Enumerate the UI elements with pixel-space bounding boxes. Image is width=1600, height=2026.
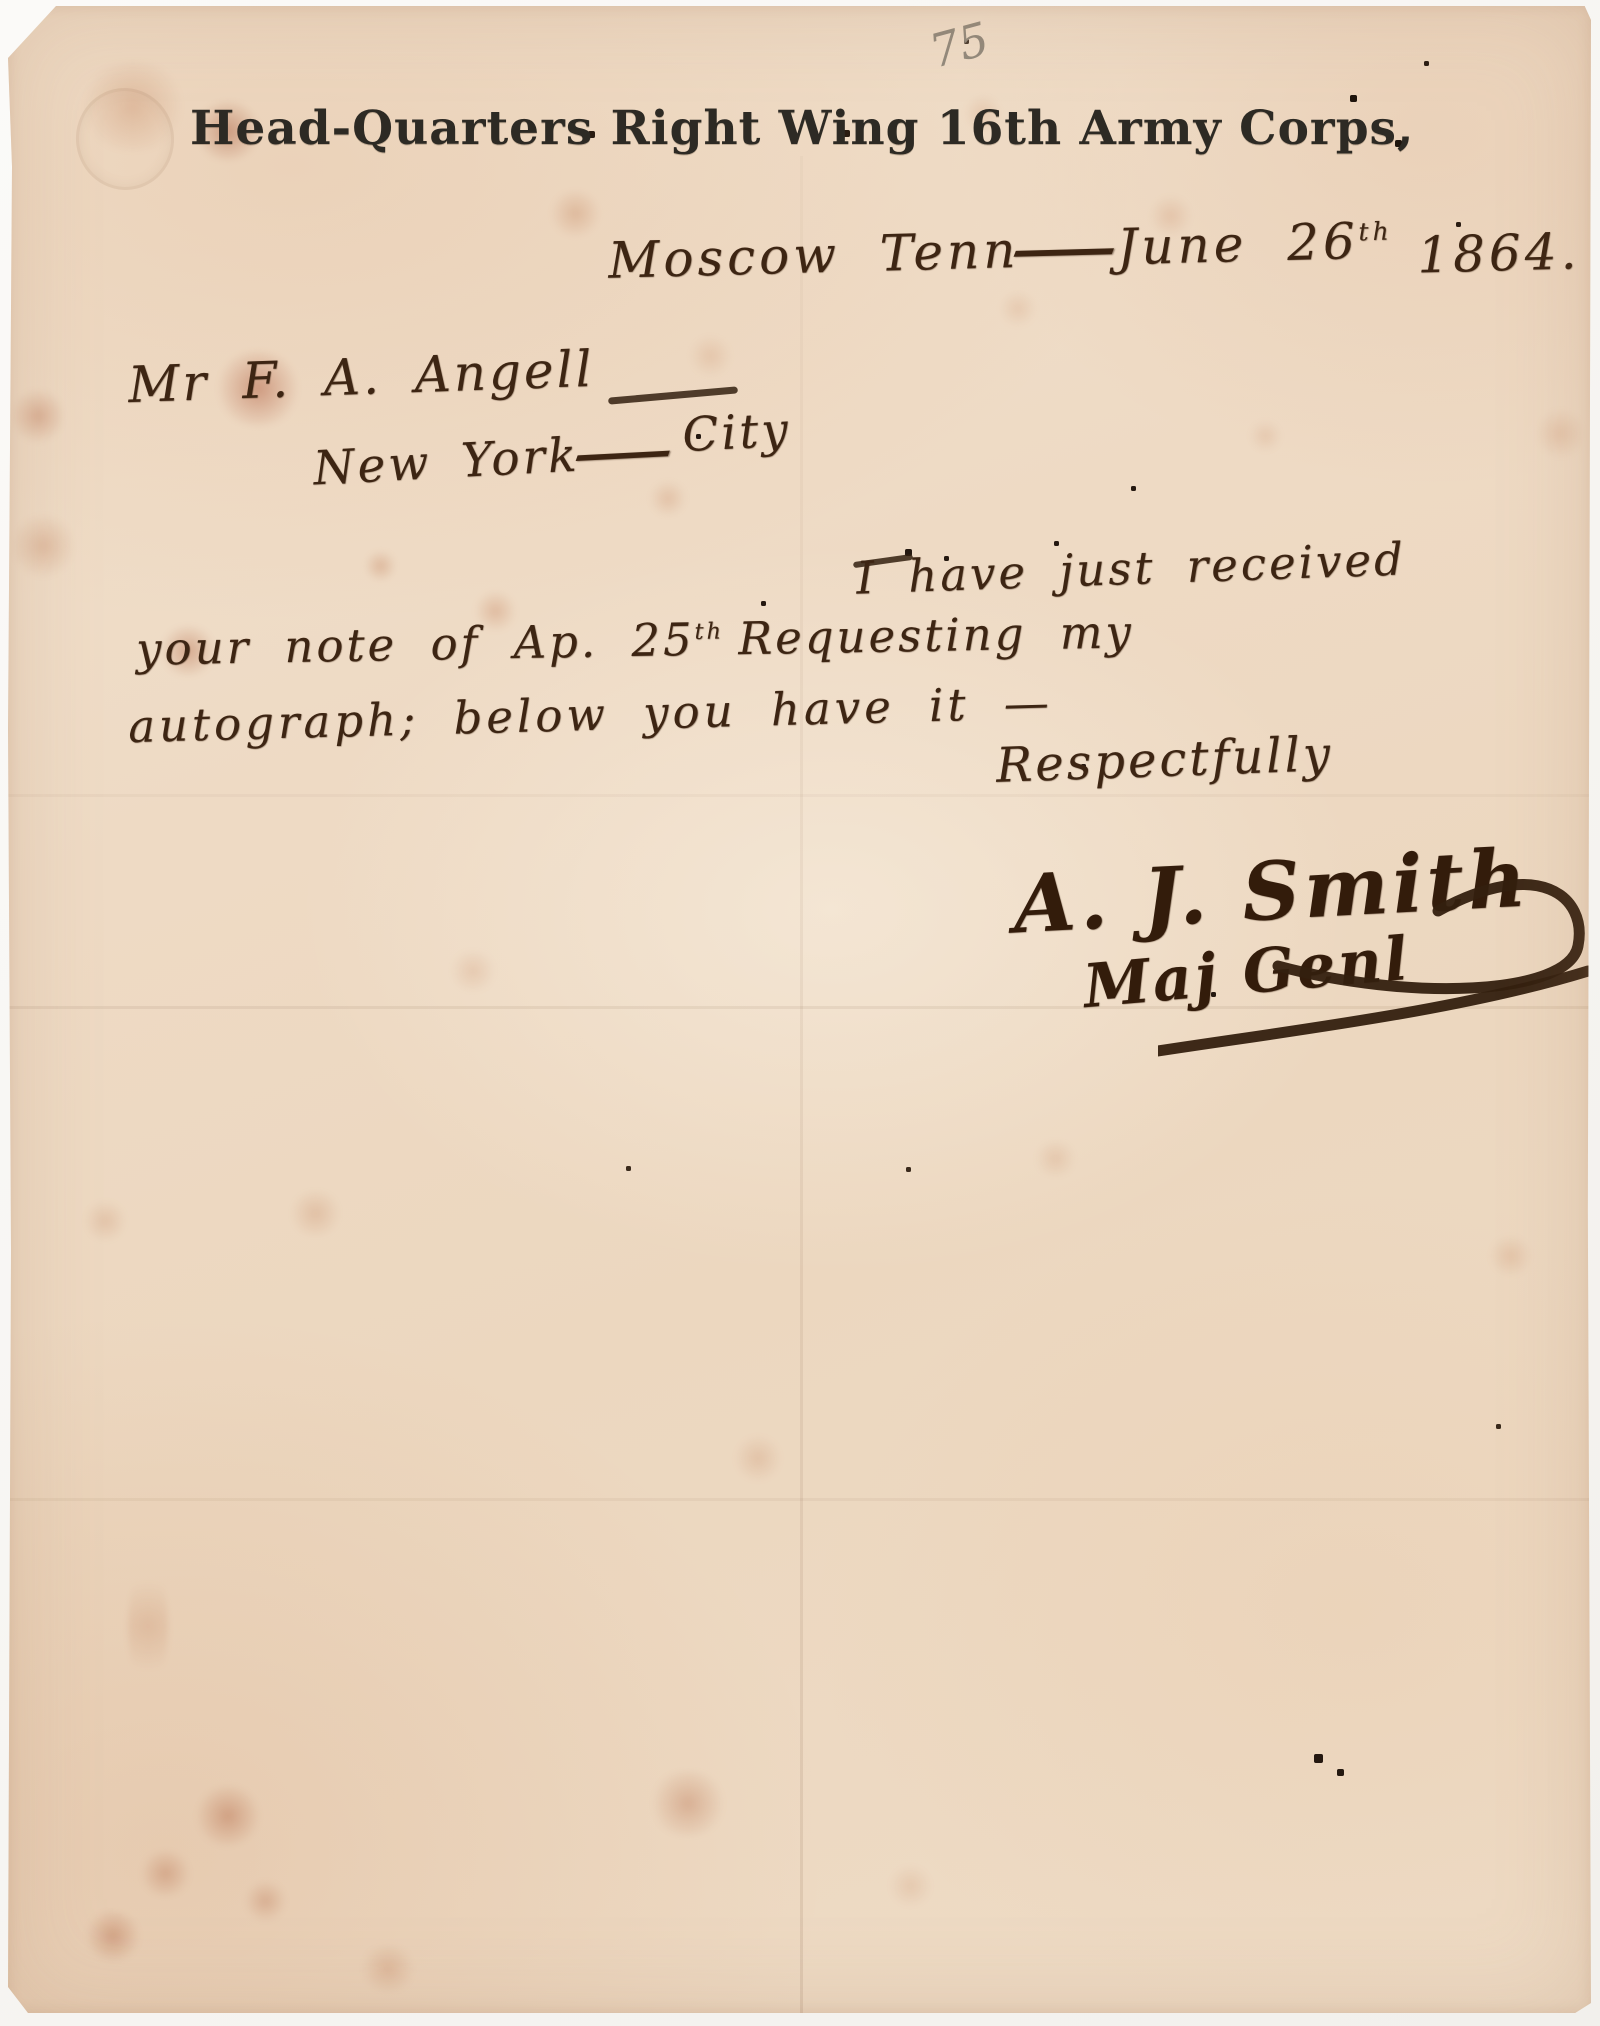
- dateline-day-suffix: th: [1358, 217, 1393, 247]
- stain-spot: [288, 1191, 343, 1236]
- letter-page: 75 Head-Quarters Right Wing 16th Army Co…: [8, 6, 1591, 2013]
- stain-spot: [13, 386, 63, 446]
- fold-line-horizontal: [8, 794, 1591, 797]
- stain-spot: [363, 551, 398, 581]
- stain-spot: [688, 336, 733, 376]
- closing-respectfully: Respectfully: [995, 726, 1334, 794]
- pencil-annotation: 75: [924, 11, 995, 78]
- stain-spot: [1033, 1141, 1078, 1176]
- dateline: Moscow Tenn—June 26th1864.: [607, 205, 1580, 289]
- recipient-address: New York—City: [312, 417, 793, 497]
- stain-spot: [448, 951, 498, 991]
- body-line-1: I have just received: [855, 532, 1406, 604]
- stain-spot: [83, 1911, 143, 1961]
- stain-spot: [128, 1566, 168, 1686]
- body-line-2: your note of Ap. 25thRequesting my: [136, 605, 1135, 675]
- dateline-place: Moscow Tenn: [607, 221, 1020, 290]
- pen-dash: —: [1008, 217, 1128, 279]
- recipient-address-place: New York: [312, 428, 581, 497]
- signature-flourish: [1158, 836, 1598, 1096]
- stain-spot: [358, 1946, 418, 1991]
- fold-line-vertical: [800, 156, 803, 2013]
- stain-spot: [1488, 1236, 1533, 1276]
- stain-spot: [243, 1881, 288, 1921]
- stain-spot: [193, 1786, 263, 1846]
- stain-spot: [548, 191, 603, 236]
- stain-spot: [138, 1851, 193, 1896]
- pen-flourish: [608, 386, 738, 404]
- fold-line-horizontal: [8, 1498, 1591, 1501]
- body-line-3: autograph; below you have it —: [127, 676, 1053, 753]
- stain-spot: [1538, 406, 1583, 461]
- letterhead-title: Head-Quarters Right Wing 16th Army Corps…: [190, 101, 1390, 156]
- body-line-2-start: your note of Ap. 25: [136, 613, 695, 676]
- dateline-day: June 26: [1116, 212, 1359, 276]
- stain-spot: [1248, 421, 1283, 451]
- stain-spot: [13, 511, 73, 581]
- stain-spot: [648, 1771, 728, 1836]
- body-line-2-suffix: th: [694, 618, 724, 645]
- recipient-name: Mr F. A. Angell: [127, 340, 595, 414]
- pen-dash: —: [570, 422, 683, 483]
- stain-spot: [83, 1201, 128, 1241]
- dateline-year: 1864.: [1416, 222, 1581, 284]
- recipient-address-city: City: [681, 403, 792, 464]
- stain-spot: [888, 1866, 933, 1906]
- body-line-2-end: Requesting my: [738, 605, 1135, 665]
- stain-spot: [998, 291, 1038, 326]
- stain-spot: [733, 1436, 783, 1481]
- stain-spot: [648, 481, 688, 516]
